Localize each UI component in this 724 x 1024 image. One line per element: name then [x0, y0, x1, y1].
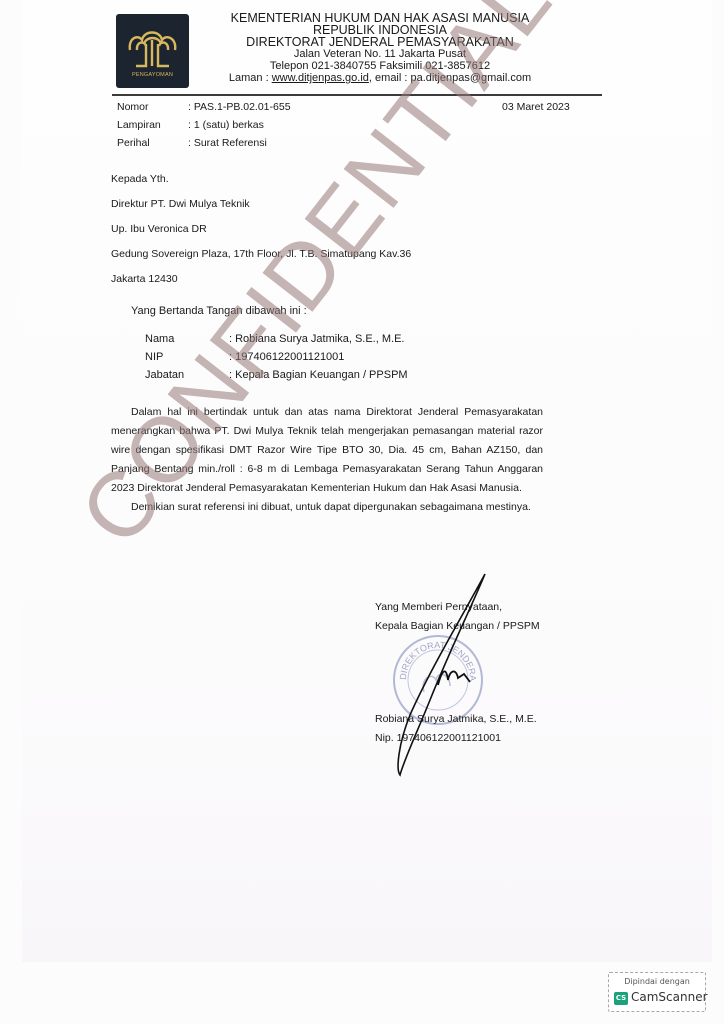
signer-label: Nama [145, 333, 229, 351]
signer-label: Jabatan [145, 369, 229, 387]
recipient-line: Jakarta 12430 [111, 273, 411, 298]
meta-row-subject: Perihal: Surat Referensi [117, 137, 291, 155]
signer-value: : 197406122001121001 [229, 351, 344, 369]
directorate-name: DIREKTORAT JENDERAL PEMASYARAKATAN [200, 36, 560, 48]
pengayoman-tree-icon [122, 22, 183, 70]
meta-value: : PAS.1-PB.02.01-655 [188, 101, 291, 119]
camscanner-logo-icon: CS [614, 992, 628, 1005]
website-label: Laman : [229, 72, 272, 84]
scanned-with-label: Dipindai dengan [609, 977, 705, 986]
letterhead-divider [112, 94, 602, 96]
meta-label: Lampiran [117, 119, 188, 137]
meta-label: Nomor [117, 101, 188, 119]
contact-line: Laman : www.ditjenpas.go.id, email : pa.… [200, 72, 560, 84]
address-line: Jalan Veteran No. 11 Jakarta Pusat [200, 48, 560, 60]
meta-label: Perihal [117, 137, 188, 155]
closing-paragraph: Demikian surat referensi ini dibuat, unt… [111, 498, 543, 517]
signer-details: Nama: Robiana Surya Jatmika, S.E., M.E. … [145, 333, 408, 387]
camscanner-name: CamScanner [631, 990, 708, 1004]
handwritten-signature-icon [390, 570, 500, 780]
letter-body: Dalam hal ini bertindak untuk dan atas n… [111, 403, 543, 517]
recipient-address: Kepada Yth. Direktur PT. Dwi Mulya Tekni… [111, 173, 411, 298]
letter-date: 03 Maret 2023 [502, 101, 570, 113]
signer-value: : Robiana Surya Jatmika, S.E., M.E. [229, 333, 404, 351]
recipient-line: Direktur PT. Dwi Mulya Teknik [111, 198, 411, 223]
signer-row-position: Jabatan: Kepala Bagian Keuangan / PPSPM [145, 369, 408, 387]
ministry-logo: PENGAYOMAN [116, 14, 189, 88]
signer-row-nip: NIP: 197406122001121001 [145, 351, 408, 369]
website-link[interactable]: www.ditjenpas.go.id [272, 72, 369, 84]
letter-meta: Nomor: PAS.1-PB.02.01-655 Lampiran: 1 (s… [117, 101, 291, 155]
recipient-line: Kepada Yth. [111, 173, 411, 198]
meta-value: : 1 (satu) berkas [188, 119, 264, 137]
meta-value: : Surat Referensi [188, 137, 267, 155]
signer-value: : Kepala Bagian Keuangan / PPSPM [229, 369, 408, 387]
recipient-line: Up. Ibu Veronica DR [111, 223, 411, 248]
signer-row-name: Nama: Robiana Surya Jatmika, S.E., M.E. [145, 333, 408, 351]
meta-row-attachment: Lampiran: 1 (satu) berkas [117, 119, 291, 137]
signer-label: NIP [145, 351, 229, 369]
recipient-line: Gedung Sovereign Plaza, 17th Floor, Jl. … [111, 248, 411, 273]
signer-intro: Yang Bertanda Tangan dibawah ini : [131, 305, 307, 317]
body-paragraph: Dalam hal ini bertindak untuk dan atas n… [111, 403, 543, 498]
email-label: , email : [369, 72, 411, 84]
logo-label: PENGAYOMAN [116, 72, 189, 78]
phone-line: Telepon 021-3840755 Faksimili 021-385761… [200, 60, 560, 72]
document-page: PENGAYOMAN KEMENTERIAN HUKUM DAN HAK ASA… [0, 0, 724, 1024]
meta-row-number: Nomor: PAS.1-PB.02.01-655 [117, 101, 291, 119]
camscanner-badge: Dipindai dengan CS CamScanner [608, 972, 706, 1012]
email-address: pa.ditjenpas@gmail.com [411, 72, 532, 84]
letterhead: KEMENTERIAN HUKUM DAN HAK ASASI MANUSIA … [200, 12, 560, 84]
